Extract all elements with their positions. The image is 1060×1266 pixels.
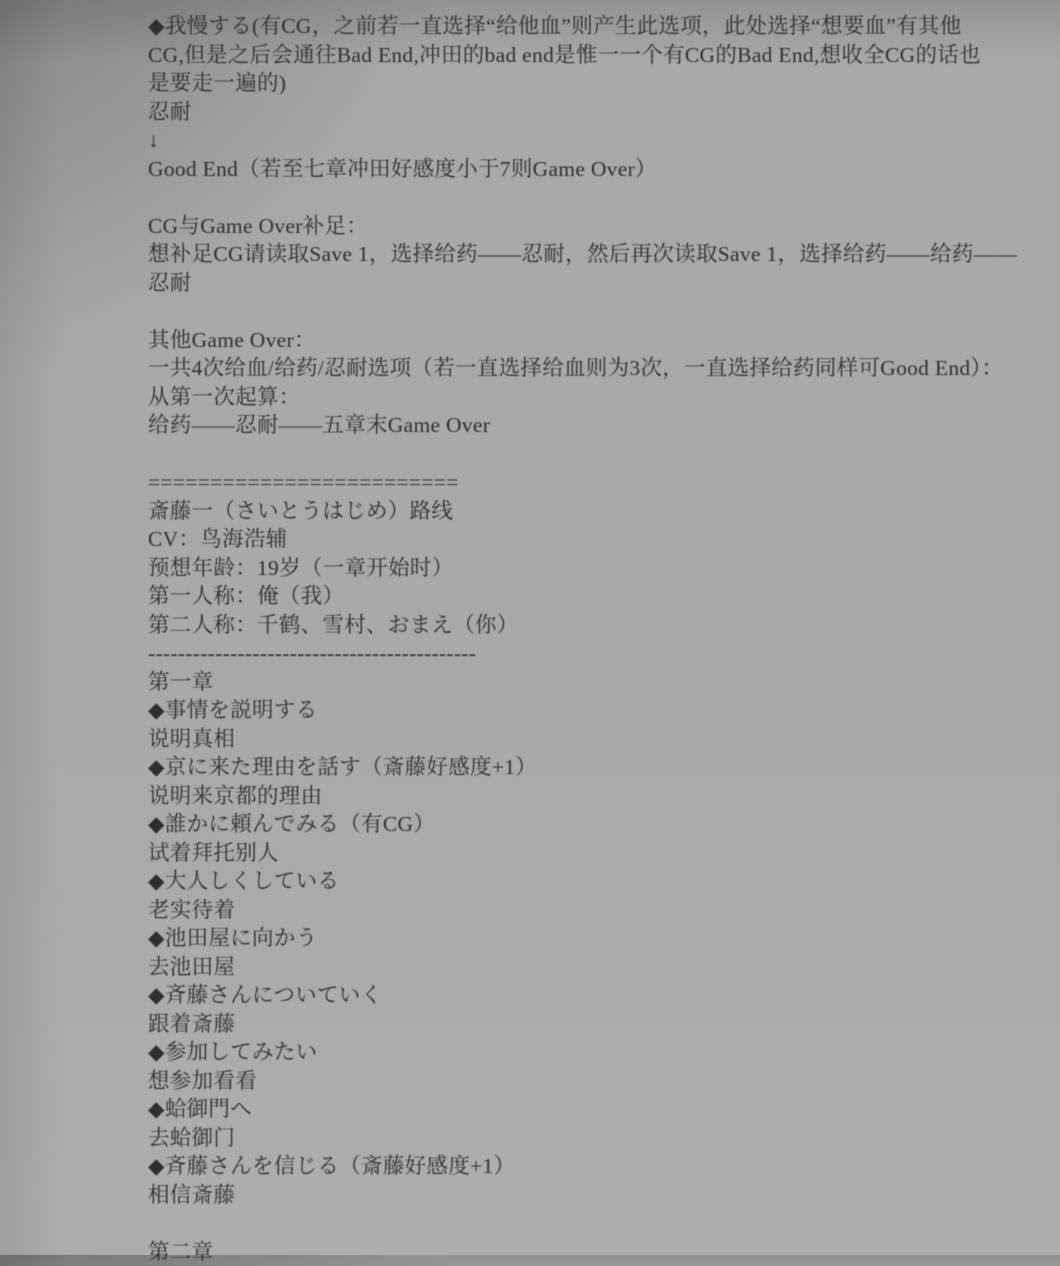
text-line: ◆京に来た理由を話す（斎藤好感度+1） (148, 753, 938, 782)
text-line: 想补足CG请读取Save 1，选择给药——忍耐，然后再次读取Save 1，选择给… (148, 240, 938, 269)
text-line: ↓ (148, 126, 938, 155)
text-line: CV：鸟海浩辅 (148, 525, 938, 554)
text-line: 说明真相 (148, 725, 938, 754)
text-line: 第二章 (148, 1238, 938, 1256)
text-line: ◆誰かに頼んでみる（有CG） (148, 810, 938, 839)
blank-line (148, 440, 938, 469)
text-line: ◆大人しくしている (148, 867, 938, 896)
text-line: 老实待着 (148, 896, 938, 925)
text-line: 忍耐 (148, 98, 938, 127)
document-content: ◆我慢する(有CG，之前若一直选择“给他血”则产生此选项，此处选择“想要血”有其… (148, 12, 938, 1255)
text-line: ◆我慢する(有CG，之前若一直选择“给他血”则产生此选项，此处选择“想要血”有其… (148, 12, 938, 41)
text-line: 斎藤一（さいとうはじめ）路线 (148, 497, 938, 526)
text-line: 第一人称：俺（我） (148, 582, 938, 611)
text-line: ◆蛤御門へ (148, 1095, 938, 1124)
text-line: 给药——忍耐——五章末Game Over (148, 411, 938, 440)
blank-line (148, 297, 938, 326)
text-line: 第一章 (148, 668, 938, 697)
text-line: 预想年龄：19岁（一章开始时） (148, 554, 938, 583)
text-line: ◆斉藤さんについていく (148, 981, 938, 1010)
text-line: ========================= (148, 468, 938, 497)
text-line: CG,但是之后会通往Bad End,冲田的bad end是惟一一个有CG的Bad… (148, 41, 938, 70)
text-line: Good End（若至七章冲田好感度小于7则Game Over） (148, 155, 938, 184)
text-line: ◆池田屋に向かう (148, 924, 938, 953)
text-line: 其他Game Over： (148, 326, 938, 355)
text-line: 去池田屋 (148, 953, 938, 982)
text-line: ◆事情を説明する (148, 696, 938, 725)
text-line: 是要走一遍的) (148, 69, 938, 98)
text-line: 去蛤御门 (148, 1124, 938, 1153)
text-line: CG与Game Over补足： (148, 212, 938, 241)
text-line: 想参加看看 (148, 1067, 938, 1096)
blank-line (148, 183, 938, 212)
text-line: 相信斎藤 (148, 1181, 938, 1210)
text-line: 跟着斎藤 (148, 1010, 938, 1039)
text-line: ◆参加してみたい (148, 1038, 938, 1067)
text-line: ----------------------------------------… (148, 639, 938, 668)
text-line: 试着拜托别人 (148, 839, 938, 868)
text-line: 一共4次给血/给药/忍耐选项（若一直选择给血则为3次，一直选择给药同样可Good… (148, 354, 938, 383)
text-line: 第二人称：千鹤、雪村、おまえ（你） (148, 611, 938, 640)
blank-line (148, 1209, 938, 1238)
text-line: 忍耐 (148, 269, 938, 298)
text-line: 从第一次起算： (148, 383, 938, 412)
text-line: 说明来京都的理由 (148, 782, 938, 811)
text-line: ◆斉藤さんを信じる（斎藤好感度+1） (148, 1152, 938, 1181)
